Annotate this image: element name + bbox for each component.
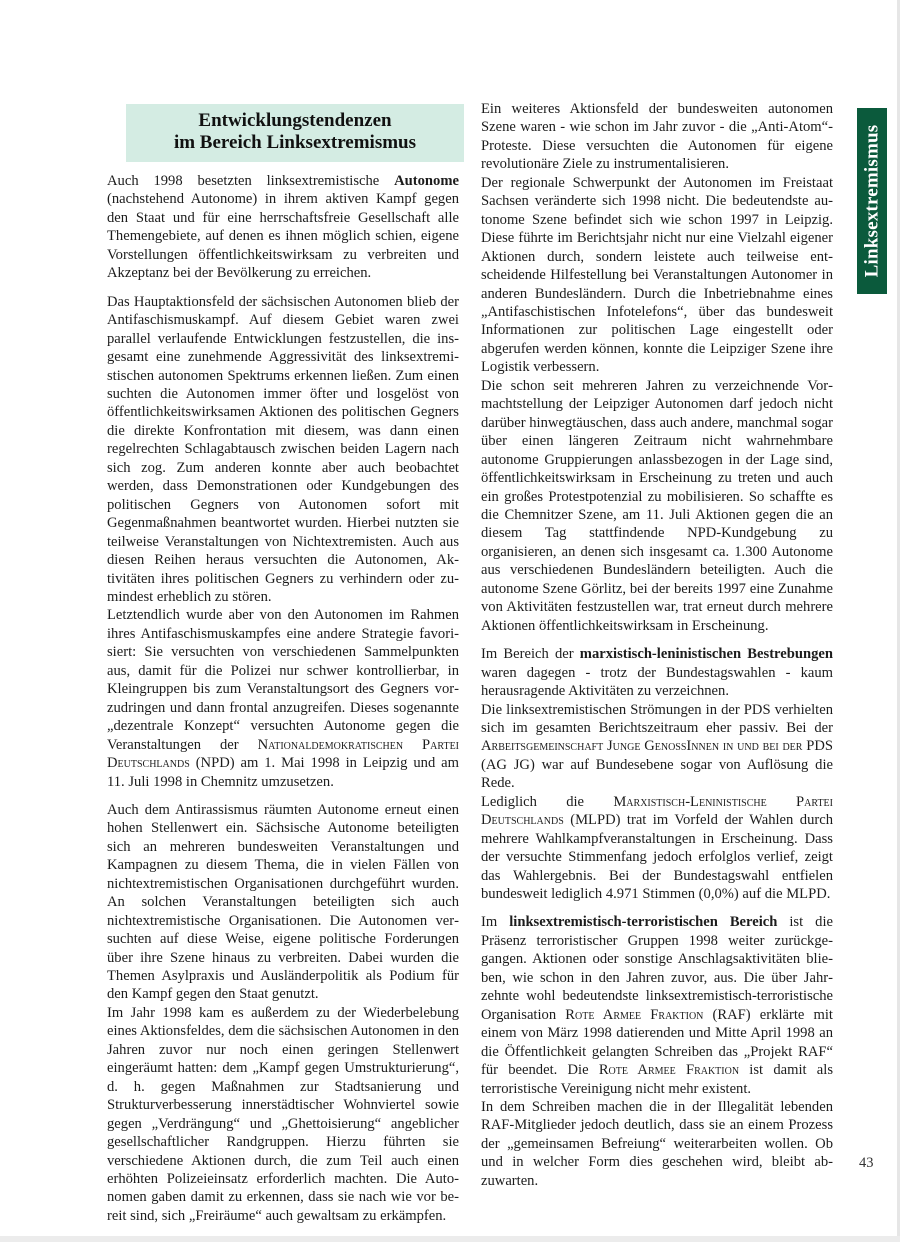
paragraph-anti-atom: Ein weiteres Aktionsfeld der bundesweite… <box>481 100 833 174</box>
page-bottom-edge <box>0 1236 900 1242</box>
section-heading: Entwicklungstendenzen im Bereich Linksex… <box>126 104 464 154</box>
paragraph-raf-schreiben: In dem Schreiben machen die in der Illeg… <box>481 1098 833 1190</box>
paragraph-umstrukturierung: Im Jahr 1998 kam es außerdem zu der Wied… <box>107 1004 459 1225</box>
bold-term-autonome: Autonome <box>394 173 459 189</box>
page-number: 43 <box>859 1155 874 1172</box>
bold-term-marxistisch: marxistisch-leninistischen Bestre­bungen <box>580 646 833 662</box>
bold-term-terroristisch: linksextremistisch-terroristischen Berei… <box>509 914 777 930</box>
right-column: Ein weiteres Aktionsfeld der bundesweite… <box>481 100 833 1190</box>
paragraph-dezentrales-konzept: Letztendlich wurde aber von den Autonome… <box>107 606 459 791</box>
paragraph-autonome-intro: Auch 1998 besetzten linksextremistische … <box>107 172 459 283</box>
paragraph-antifaschismus: Das Hauptaktionsfeld der sächsischen Aut… <box>107 293 459 607</box>
org-name-raf: Rote Armee Fraktion <box>565 1007 703 1023</box>
section-heading-box: Entwicklungstendenzen im Bereich Linksex… <box>126 104 464 162</box>
chapter-side-tab-label: Linksextremismus <box>861 125 883 278</box>
paragraph-mlpd: Lediglich die Marxistisch-Leninistische … <box>481 793 833 904</box>
heading-line-1: Entwicklungstendenzen <box>198 110 391 131</box>
paragraph-pds: Die linksextremistischen Strömungen in d… <box>481 701 833 793</box>
heading-line-2: im Bereich Linksextremismus <box>174 132 416 153</box>
paragraph-vormachtstellung: Die schon seit mehreren Jahren zu verzei… <box>481 377 833 635</box>
paragraph-terrorismus: Im linksextremistisch-terroristischen Be… <box>481 913 833 1098</box>
org-name-raf-2: Rote Armee Fraktion <box>599 1062 739 1078</box>
paragraph-marxistisch-leninistisch: Im Bereich der marxistisch-leninistische… <box>481 645 833 700</box>
chapter-side-tab: Linksextremismus <box>857 108 887 294</box>
left-column: Auch 1998 besetzten linksextremistische … <box>107 172 459 1235</box>
paragraph-regional-schwerpunkt: Der regionale Schwerpunkt der Autonomen … <box>481 174 833 377</box>
paragraph-antirassismus: Auch dem Antirassismus räumten Autonome … <box>107 801 459 1004</box>
org-name-ag-jg: Arbeitsgemeinschaft Junge GenossInnen in… <box>481 738 802 754</box>
